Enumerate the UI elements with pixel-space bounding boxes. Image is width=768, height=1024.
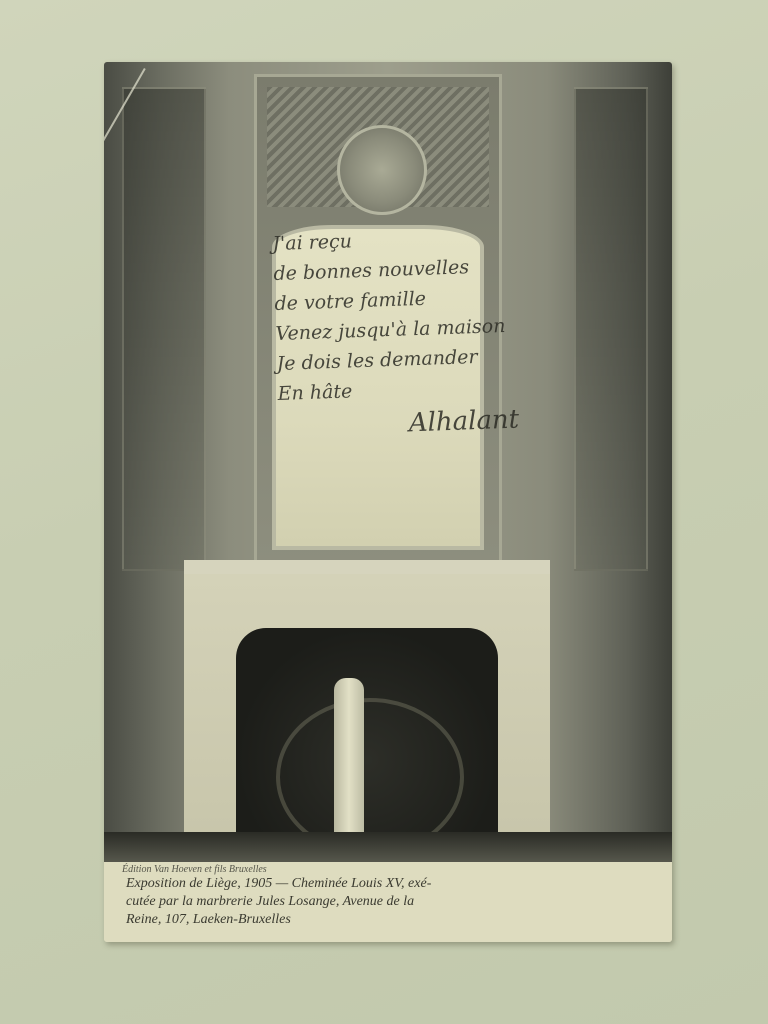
caption-line: Exposition de Liège, 1905 — Cheminée Lou…: [104, 875, 672, 893]
floor: [104, 832, 672, 862]
caption-line: cutée par la marbrerie Jules Losange, Av…: [104, 893, 672, 911]
printed-caption: Édition Van Hoeven et fils Bruxelles Exp…: [104, 862, 672, 942]
handwritten-note: J'ai reçu de bonnes nouvelles de votre f…: [272, 215, 672, 469]
signature: Alhalant: [408, 399, 672, 438]
caption-line: Reine, 107, Laeken-Bruxelles: [104, 911, 672, 929]
postcard: J'ai reçu de bonnes nouvelles de votre f…: [104, 62, 672, 942]
medallion-ornament: [337, 125, 427, 215]
marble-mantel: [184, 560, 550, 860]
wall-panel-left: [122, 87, 206, 571]
carved-crest: [267, 87, 489, 207]
mantel-body: [184, 574, 550, 854]
publisher-line: Édition Van Hoeven et fils Bruxelles: [104, 862, 672, 875]
